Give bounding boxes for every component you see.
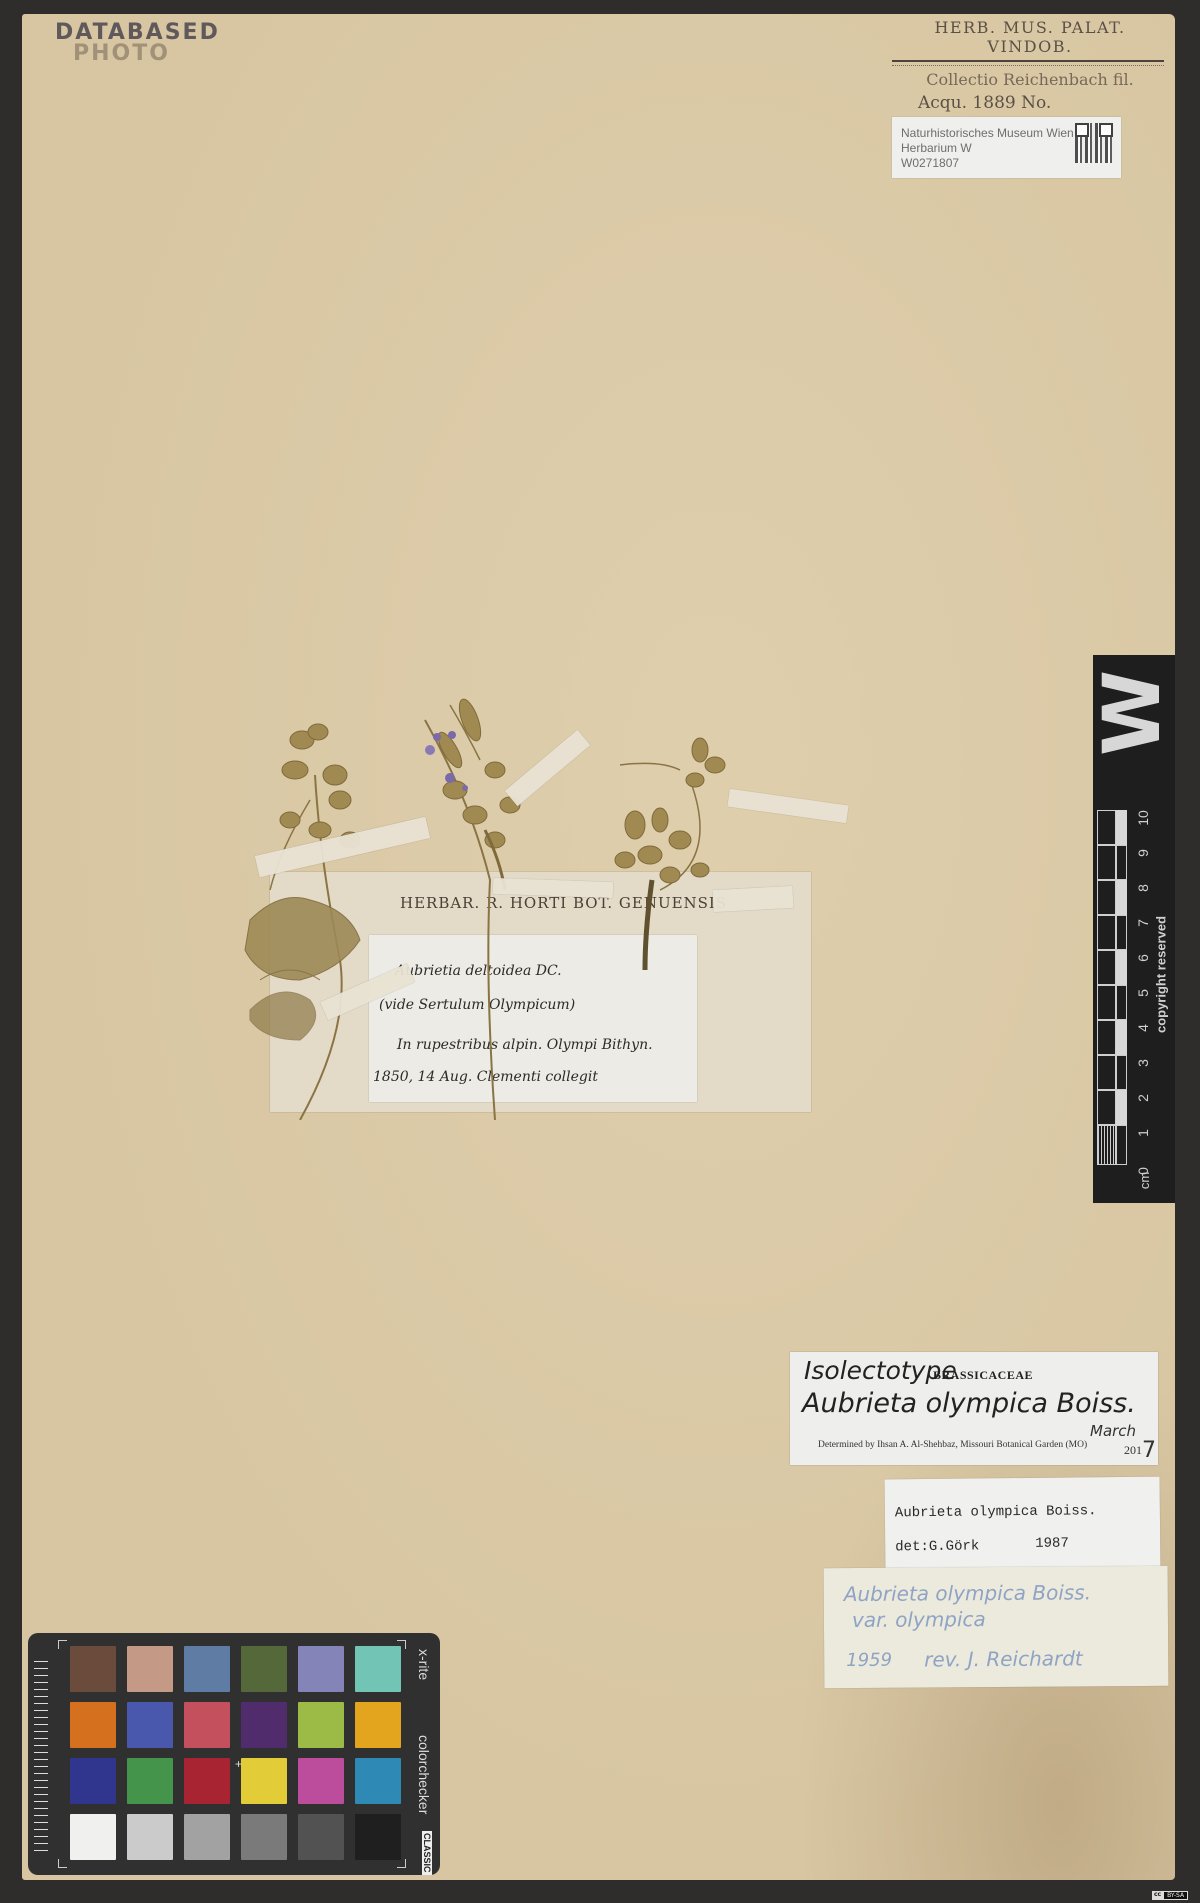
color-patch bbox=[184, 1814, 230, 1860]
databased-stamp: DATABASED PHOTO bbox=[55, 20, 220, 66]
year-prefix: 201 bbox=[1124, 1443, 1142, 1457]
color-patch bbox=[355, 1702, 401, 1748]
scale-numbers: 0 1 2 3 4 5 6 7 8 9 10 bbox=[1135, 805, 1151, 1175]
museum-name: Naturhistorisches Museum Wien bbox=[901, 126, 1074, 141]
determiner: Determined by Ihsan A. Al-Shehbaz, Misso… bbox=[818, 1440, 1087, 1450]
scale-bar: W 0 1 2 3 4 5 6 7 8 9 10 copyright reser… bbox=[1093, 655, 1175, 1203]
color-patch bbox=[355, 1814, 401, 1860]
tick-9: 9 bbox=[1135, 845, 1151, 861]
w-logo: W bbox=[1107, 663, 1159, 763]
color-patch bbox=[70, 1646, 116, 1692]
tick-7: 7 bbox=[1135, 915, 1151, 931]
copyright-notice: copyright reserved bbox=[1153, 875, 1171, 1075]
color-patch bbox=[184, 1758, 230, 1804]
gork-det: det:G.Görk bbox=[895, 1538, 979, 1555]
gork-taxon: Aubrieta olympica Boiss. bbox=[895, 1503, 1097, 1521]
institution-name: HERB. MUS. PALAT. VINDOB. bbox=[890, 18, 1170, 56]
crosshair-icon: + bbox=[235, 1757, 242, 1771]
tick-4: 4 bbox=[1135, 1020, 1151, 1036]
color-patch bbox=[355, 1758, 401, 1804]
reichardt-rev: rev. J. Reichardt bbox=[924, 1646, 1083, 1671]
license-badge: cc BY-SA bbox=[1152, 1891, 1188, 1900]
reichardt-taxon: Aubrieta olympica Boiss. bbox=[844, 1580, 1091, 1606]
color-patch bbox=[241, 1702, 287, 1748]
color-checker: + x-rite colorchecker CLASSIC bbox=[28, 1633, 440, 1875]
checker-ruler bbox=[34, 1661, 48, 1857]
license-text: BY-SA bbox=[1163, 1891, 1188, 1900]
herbarium-name: Herbarium W bbox=[901, 141, 1074, 156]
tick-6: 6 bbox=[1135, 950, 1151, 966]
year-suffix: 7 bbox=[1142, 1438, 1156, 1463]
reichardt-revision-label: Aubrieta olympica Boiss. var. olympica 1… bbox=[824, 1566, 1169, 1688]
photo-text: PHOTO bbox=[73, 41, 220, 66]
tick-3: 3 bbox=[1135, 1055, 1151, 1071]
acquisition-prefix: Acqu. 1889 No. bbox=[918, 93, 1051, 113]
qr-code-icon bbox=[1075, 123, 1113, 163]
reichardt-year: 1959 bbox=[846, 1650, 892, 1671]
barcode-label: Naturhistorisches Museum Wien Herbarium … bbox=[892, 117, 1121, 178]
color-patch bbox=[355, 1646, 401, 1692]
color-patch bbox=[127, 1758, 173, 1804]
edition-badge: CLASSIC bbox=[422, 1831, 432, 1875]
reichardt-variety: var. olympica bbox=[852, 1607, 986, 1632]
color-patch bbox=[298, 1814, 344, 1860]
color-patch bbox=[298, 1758, 344, 1804]
ruler bbox=[1097, 810, 1127, 1165]
xrite-logo: x-rite bbox=[416, 1649, 432, 1680]
tick-8: 8 bbox=[1135, 880, 1151, 896]
color-patch bbox=[241, 1646, 287, 1692]
barcode-label-text: Naturhistorisches Museum Wien Herbarium … bbox=[901, 126, 1074, 171]
tick-10: 10 bbox=[1135, 810, 1151, 826]
w-logo-text: W bbox=[1088, 670, 1178, 756]
determination-year: 2017 bbox=[1124, 1438, 1156, 1463]
color-patch bbox=[70, 1758, 116, 1804]
catalog-id: W0271807 bbox=[901, 156, 1074, 171]
tick-1: 1 bbox=[1135, 1125, 1151, 1141]
stamp-divider bbox=[892, 60, 1164, 66]
checker-branding: x-rite colorchecker CLASSIC bbox=[414, 1643, 436, 1868]
color-patch bbox=[127, 1646, 173, 1692]
color-patch bbox=[184, 1702, 230, 1748]
color-patch bbox=[70, 1814, 116, 1860]
color-patch bbox=[127, 1814, 173, 1860]
color-patch bbox=[184, 1646, 230, 1692]
color-patch bbox=[298, 1702, 344, 1748]
copyright-text: copyright reserved bbox=[1154, 875, 1169, 1075]
taxon-name: Aubrieta olympica Boiss. bbox=[802, 1388, 1136, 1419]
color-patch bbox=[241, 1758, 287, 1804]
product-name: colorchecker bbox=[416, 1735, 432, 1814]
unit-label: cm bbox=[1137, 1172, 1152, 1189]
gork-determination-label: Aubrieta olympica Boiss. det:G.Görk 1987 bbox=[885, 1477, 1161, 1572]
tick-2: 2 bbox=[1135, 1090, 1151, 1106]
gork-year: 1987 bbox=[1035, 1536, 1069, 1552]
family-name: BRASSICACEAE bbox=[933, 1368, 1033, 1383]
color-patch bbox=[298, 1646, 344, 1692]
tick-5: 5 bbox=[1135, 985, 1151, 1001]
collection-name: Collectio Reichenbach fil. bbox=[890, 70, 1170, 89]
color-patch bbox=[70, 1702, 116, 1748]
color-patch bbox=[127, 1702, 173, 1748]
cc-icon: cc bbox=[1152, 1891, 1163, 1900]
mounting-strip bbox=[712, 886, 793, 912]
color-patch bbox=[241, 1814, 287, 1860]
determination-label: Isolectotype BRASSICACEAE Aubrieta olymp… bbox=[790, 1352, 1158, 1465]
